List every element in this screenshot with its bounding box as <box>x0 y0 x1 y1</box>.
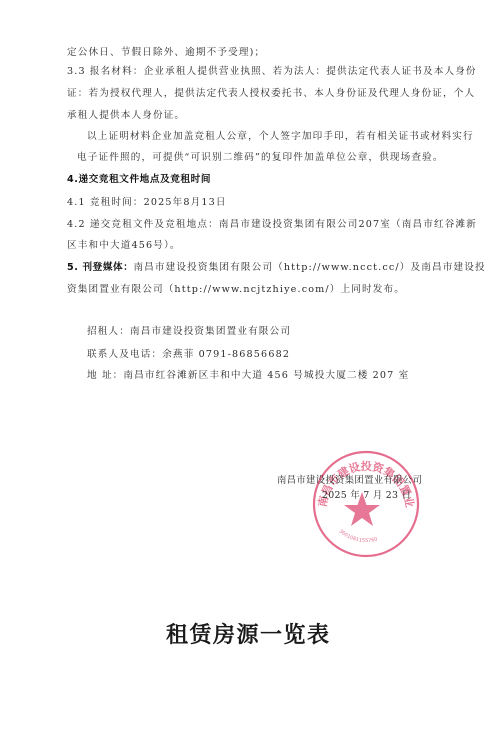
section-4-heading: 4.递交竞租文件地点及竞租时间 <box>67 174 211 186</box>
paragraph-line: 定公休日、节假日除外、逾期不予受理)； <box>67 47 265 59</box>
section-5-line1: 5. 刊登媒体：南昌市建设投资集团有限公司（http://www.ncct.cc… <box>67 262 486 274</box>
company-seal-icon: 南昌市建设投资集团置业有限公司 3601081155760 <box>310 448 422 560</box>
tenderer: 招租人：南昌市建设投资集团置业有限公司 <box>87 326 291 338</box>
section-4-1: 4.1 竞租时间：2025年8月13日 <box>67 197 227 209</box>
section-5-line2: 资集团置业有限公司（http://www.ncjtzhiye.com/）上同时发… <box>67 284 405 296</box>
signature-company: 南昌市建设投资集团置业有限公司 <box>277 475 422 487</box>
paragraph-line: 3.3 报名材料：企业承租人提供营业执照、若为法人：提供法定代表人证书及本人身份 <box>67 66 477 78</box>
table-title: 租赁房源一览表 <box>166 618 331 649</box>
contact-person: 联系人及电话：余燕菲 0791-86856682 <box>87 349 290 361</box>
paragraph-line: 以上证明材料企业加盖竞租人公章，个人签字加印手印，若有相关证书或材料实行 <box>87 131 474 143</box>
section-4-2-line2: 区丰和中大道456号）。 <box>67 240 181 252</box>
section-5-text: 南昌市建设投资集团有限公司（http://www.ncct.cc/）及南昌市建设… <box>133 262 485 273</box>
paragraph-line: 证：若为授权代理人，提供法定代表人授权委托书、本人身份证及代理人身份证，个人 <box>67 88 475 100</box>
address: 地 址：南昌市红谷滩新区丰和中大道 456 号城投大厦二楼 207 室 <box>87 370 409 382</box>
signature-date: 2025 年 7 月 23 日 <box>322 490 411 502</box>
svg-text:3601081155760: 3601081155760 <box>338 528 379 544</box>
section-4-2-line1: 4.2 递交竞租文件及竞租地点：南昌市建设投资集团有限公司207室（南昌市红谷滩… <box>67 219 477 231</box>
paragraph-line: 承租人提供本人身份证。 <box>67 110 185 122</box>
section-5-heading: 5. 刊登媒体： <box>67 262 133 273</box>
paragraph-line: 电子证件照的，可提供“可识别二维码”的复印件加盖单位公章，供现场查验。 <box>77 152 444 164</box>
